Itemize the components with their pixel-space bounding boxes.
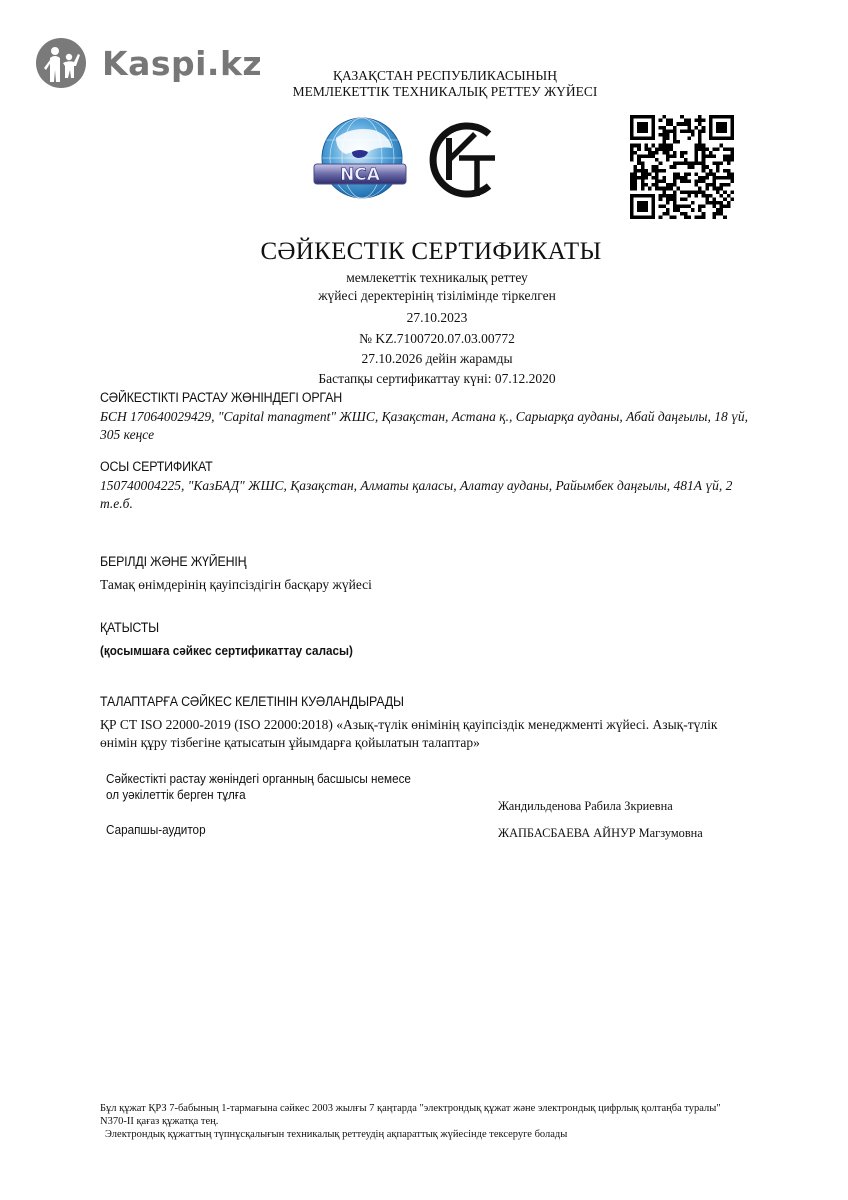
- nca-globe-logo: NCA: [312, 116, 408, 202]
- issuer-line-1: ҚАЗАҚСТАН РЕСПУБЛИКАСЫНЫҢ: [0, 68, 848, 84]
- requirements-line-2: өнімін құру тізбегіне қатысатын ұйымдарғ…: [100, 734, 795, 752]
- kt-conformity-mark: [423, 116, 503, 202]
- legal-footer: Бұл құжат ҚРЗ 7-бабының 1-тармағына сәйк…: [100, 1102, 800, 1141]
- svg-text:NCA: NCA: [340, 165, 381, 185]
- scope-description: (қосымшаға сәйкес сертификаттау саласы): [100, 642, 726, 660]
- certificate-holder-line-1: 150740004225, "КазБАД" ЖШС, Қазақстан, А…: [100, 477, 795, 495]
- footer-line-3: Электрондық құжаттың түпнұсқалығын техни…: [100, 1128, 800, 1141]
- system-heading: БЕРІЛДІ ЖӘНЕ ЖҮЙЕНІҢ: [100, 554, 246, 569]
- scope-heading: ҚАТЫСТЫ: [100, 620, 159, 635]
- requirements-standard: ҚР СТ ISO 22000-2019 (ISO 22000:2018) «А…: [100, 716, 795, 752]
- initial-certification-date: Бастапқы сертификаттау күні: 07.12.2020: [0, 371, 848, 387]
- registration-date: 27.10.2023: [0, 310, 848, 326]
- certificate-holder-details: 150740004225, "КазБАД" ЖШС, Қазақстан, А…: [100, 477, 795, 513]
- qr-code[interactable]: [630, 115, 734, 219]
- head-signatory-name: Жандильденова Рабила Зкриевна: [498, 798, 673, 814]
- auditor-label: Сарапшы-аудитор: [106, 822, 206, 838]
- issuer-header: ҚАЗАҚСТАН РЕСПУБЛИКАСЫНЫҢ МЕМЛЕКЕТТІК ТЕ…: [0, 68, 848, 100]
- certification-body-details: БСН 170640029429, "Capital managment" ЖШ…: [100, 408, 795, 444]
- certificate-holder-heading: ОСЫ СЕРТИФИКАТ: [100, 459, 212, 474]
- certificate-number: № KZ.7100720.07.03.00772: [0, 331, 848, 347]
- certification-body-line-1: БСН 170640029429, "Capital managment" ЖШ…: [100, 408, 795, 426]
- requirements-heading: ТАЛАПТАРҒА СӘЙКЕС КЕЛЕТІНІН КУӘЛАНДЫРАДЫ: [100, 694, 404, 709]
- system-description: Тамақ өнімдерінің қауіпсіздігін басқару …: [100, 576, 795, 594]
- head-signatory-label-line-2: ол уәкілеттік берген тұлға: [106, 787, 411, 803]
- auditor-name: ЖАПБАСБАЕВА АЙНУР Магзумовна: [498, 825, 703, 841]
- registry-note-2: жүйесі деректерінің тізілімінде тіркелге…: [0, 288, 848, 304]
- certification-body-line-2: 305 кеңсе: [100, 426, 795, 444]
- certificate-holder-line-2: т.е.б.: [100, 495, 795, 513]
- head-signatory-label-line-1: Сәйкестікті растау жөніндегі органның ба…: [106, 771, 411, 787]
- certification-body-heading: СӘЙКЕСТІКТІ РАСТАУ ЖӨНІНДЕГІ ОРГАН: [100, 390, 342, 405]
- head-signatory-label: Сәйкестікті растау жөніндегі органның ба…: [106, 771, 411, 803]
- registry-note-1: мемлекеттік техникалық реттеу: [0, 270, 848, 286]
- requirements-line-1: ҚР СТ ISO 22000-2019 (ISO 22000:2018) «А…: [100, 716, 795, 734]
- footer-line-2: N370-II қағаз құжатқа тең.: [100, 1115, 800, 1128]
- certificate-title: СӘЙКЕСТІК СЕРТИФИКАТЫ: [0, 238, 848, 266]
- footer-line-1: Бұл құжат ҚРЗ 7-бабының 1-тармағына сәйк…: [100, 1102, 800, 1115]
- issuer-line-2: МЕМЛЕКЕТТІК ТЕХНИКАЛЫҚ РЕТТЕУ ЖҮЙЕСІ: [0, 84, 848, 100]
- valid-until: 27.10.2026 дейін жарамды: [0, 351, 848, 367]
